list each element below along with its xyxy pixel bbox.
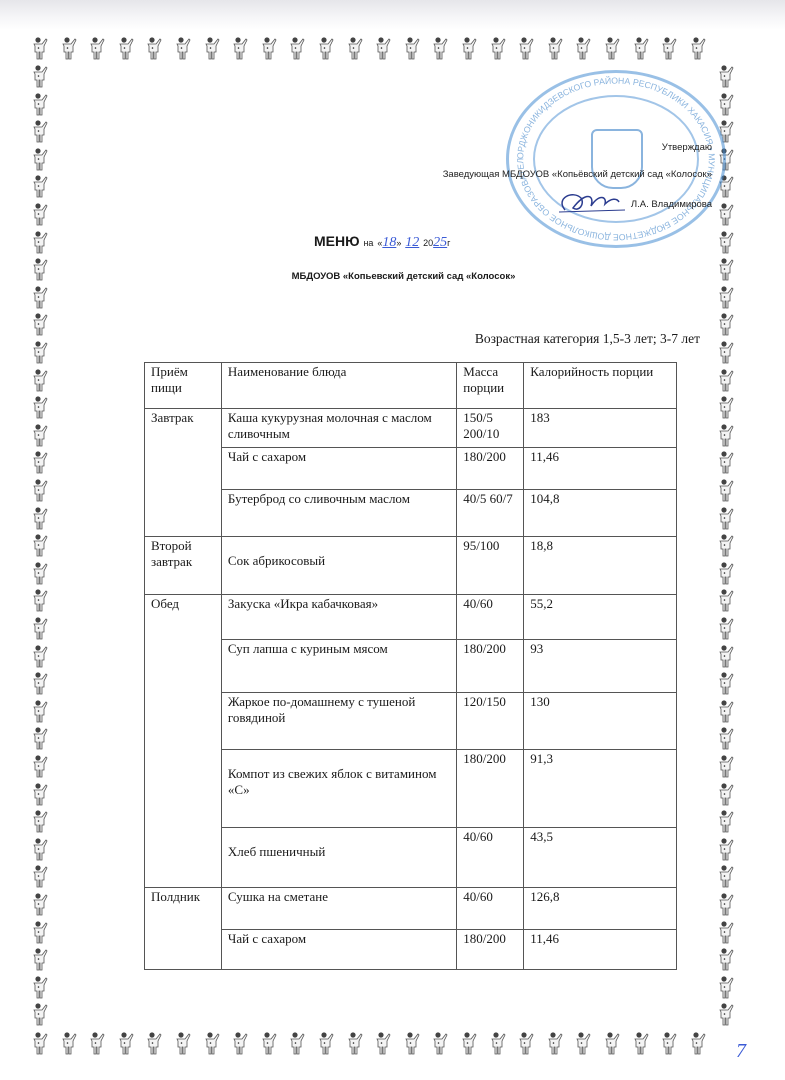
border-figure-icon bbox=[202, 36, 220, 60]
border-figure-icon bbox=[716, 285, 734, 309]
signature-icon bbox=[555, 188, 635, 216]
portion-mass-cell: 150/5 200/10 bbox=[457, 409, 524, 448]
border-figure-icon bbox=[545, 36, 563, 60]
border-figure-icon bbox=[459, 1031, 477, 1055]
calories-cell: 11,46 bbox=[524, 448, 677, 490]
portion-mass-cell: 180/200 bbox=[457, 930, 524, 970]
svg-text:ОРДЖОНИКИДЗЕВСКОГО РАЙОНА РЕСП: ОРДЖОНИКИДЗЕВСКОГО РАЙОНА РЕСПУБЛИКИ ХАК… bbox=[509, 73, 717, 242]
border-figure-icon bbox=[30, 726, 48, 750]
border-figure-icon bbox=[631, 36, 649, 60]
portion-mass-cell: 40/60 bbox=[457, 595, 524, 640]
date-month: 12 bbox=[405, 235, 419, 250]
dish-name-cell: Суп лапша с куриным мясом bbox=[221, 640, 456, 693]
border-figure-icon bbox=[259, 36, 277, 60]
border-figure-icon bbox=[173, 36, 191, 60]
calories-cell: 18,8 bbox=[524, 537, 677, 595]
dish-name-cell: Компот из свежих яблок с витамином «С» bbox=[221, 750, 456, 828]
date-year-suffix: 25 bbox=[433, 235, 447, 250]
meal-cell: Завтрак bbox=[145, 409, 222, 537]
page-number: 7 bbox=[736, 1040, 746, 1063]
border-figure-icon bbox=[716, 588, 734, 612]
border-figure-icon bbox=[402, 1031, 420, 1055]
border-figure-icon bbox=[716, 395, 734, 419]
border-figure-icon bbox=[30, 147, 48, 171]
calories-cell: 55,2 bbox=[524, 595, 677, 640]
border-figure-icon bbox=[430, 36, 448, 60]
border-figure-icon bbox=[716, 340, 734, 364]
portion-mass-cell: 40/60 bbox=[457, 888, 524, 930]
border-figure-icon bbox=[30, 423, 48, 447]
portion-mass-cell: 180/200 bbox=[457, 640, 524, 693]
date-year-unit: г bbox=[447, 238, 450, 248]
column-header-meal: Приём пищи bbox=[145, 363, 222, 409]
border-figure-icon bbox=[144, 1031, 162, 1055]
calories-cell: 91,3 bbox=[524, 750, 677, 828]
border-figure-icon bbox=[30, 920, 48, 944]
border-figure-icon bbox=[716, 506, 734, 530]
meal-cell: Второй завтрак bbox=[145, 537, 222, 595]
border-figure-icon bbox=[144, 36, 162, 60]
border-figure-icon bbox=[30, 230, 48, 254]
menu-na: на bbox=[363, 238, 373, 248]
border-figure-icon bbox=[316, 36, 334, 60]
border-figure-icon bbox=[59, 1031, 77, 1055]
border-figure-icon bbox=[230, 36, 248, 60]
border-figure-icon bbox=[659, 1031, 677, 1055]
border-figure-icon bbox=[659, 36, 677, 60]
border-figure-icon bbox=[116, 1031, 134, 1055]
border-figure-icon bbox=[230, 1031, 248, 1055]
column-header-mass: Масса порции bbox=[457, 363, 524, 409]
portion-mass-cell: 40/5 60/7 bbox=[457, 490, 524, 537]
border-figure-icon bbox=[516, 36, 534, 60]
border-figure-icon bbox=[30, 450, 48, 474]
dish-name-cell: Хлеб пшеничный bbox=[221, 828, 456, 888]
approver-position: Заведующая МБДОУОВ «Копьёвский детский с… bbox=[443, 169, 712, 180]
table-row: Второй завтракСок абрикосовый95/10018,8 bbox=[145, 537, 677, 595]
dish-name-cell: Сок абрикосовый bbox=[221, 537, 456, 595]
border-figure-icon bbox=[30, 368, 48, 392]
calories-cell: 104,8 bbox=[524, 490, 677, 537]
border-figure-icon bbox=[345, 1031, 363, 1055]
border-figure-icon bbox=[716, 699, 734, 723]
border-figure-icon bbox=[716, 864, 734, 888]
border-figure-icon bbox=[430, 1031, 448, 1055]
border-figure-icon bbox=[30, 561, 48, 585]
border-figure-icon bbox=[573, 36, 591, 60]
border-figure-icon bbox=[316, 1031, 334, 1055]
border-figure-icon bbox=[716, 312, 734, 336]
border-figure-icon bbox=[30, 588, 48, 612]
approve-label: Утверждаю bbox=[662, 142, 712, 153]
table-row: Суп лапша с куриным мясом180/20093 bbox=[145, 640, 677, 693]
border-figure-icon bbox=[30, 533, 48, 557]
scan-shadow bbox=[0, 0, 785, 30]
border-figure-icon bbox=[716, 726, 734, 750]
border-figure-icon bbox=[59, 36, 77, 60]
calories-cell: 130 bbox=[524, 693, 677, 750]
border-figure-icon bbox=[287, 1031, 305, 1055]
stamp-text: ОРДЖОНИКИДЗЕВСКОГО РАЙОНА РЕСПУБЛИКИ ХАК… bbox=[509, 73, 717, 242]
border-figure-icon bbox=[30, 975, 48, 999]
portion-mass-cell: 95/100 bbox=[457, 537, 524, 595]
table-row: ЗавтракКаша кукурузная молочная с маслом… bbox=[145, 409, 677, 448]
border-figure-icon bbox=[30, 506, 48, 530]
table-row: ОбедЗакуска «Икра кабачковая»40/6055,2 bbox=[145, 595, 677, 640]
border-figure-icon bbox=[87, 36, 105, 60]
border-figure-icon bbox=[516, 1031, 534, 1055]
dish-name-cell: Чай с сахаром bbox=[221, 930, 456, 970]
border-figure-icon bbox=[30, 616, 48, 640]
border-figure-icon bbox=[716, 754, 734, 778]
border-figure-icon bbox=[716, 478, 734, 502]
dish-name-cell: Каша кукурузная молочная с маслом сливоч… bbox=[221, 409, 456, 448]
border-figure-icon bbox=[602, 36, 620, 60]
calories-cell: 126,8 bbox=[524, 888, 677, 930]
border-figure-icon bbox=[488, 1031, 506, 1055]
organization-name: МБДОУОВ «Копьевский детский сад «Колосок… bbox=[0, 271, 785, 282]
border-figure-icon bbox=[30, 809, 48, 833]
border-figure-icon bbox=[30, 671, 48, 695]
border-figure-icon bbox=[30, 699, 48, 723]
calories-cell: 93 bbox=[524, 640, 677, 693]
portion-mass-cell: 120/150 bbox=[457, 693, 524, 750]
table-row: Компот из свежих яблок с витамином «С»18… bbox=[145, 750, 677, 828]
border-figure-icon bbox=[716, 450, 734, 474]
border-figure-icon bbox=[202, 1031, 220, 1055]
border-figure-icon bbox=[716, 782, 734, 806]
border-figure-icon bbox=[716, 837, 734, 861]
table-row: Бутерброд со сливочным маслом40/5 60/710… bbox=[145, 490, 677, 537]
portion-mass-cell: 40/60 bbox=[457, 828, 524, 888]
border-figure-icon bbox=[716, 671, 734, 695]
border-figure-icon bbox=[30, 202, 48, 226]
border-figure-icon bbox=[30, 92, 48, 116]
border-figure-icon bbox=[30, 36, 48, 60]
border-figure-icon bbox=[716, 947, 734, 971]
dish-name-cell: Сушка на сметане bbox=[221, 888, 456, 930]
border-figure-icon bbox=[345, 36, 363, 60]
page-title: МЕНЮ на «18» 12 2025г bbox=[314, 233, 450, 251]
border-figure-icon bbox=[30, 340, 48, 364]
official-stamp: ОРДЖОНИКИДЗЕВСКОГО РАЙОНА РЕСПУБЛИКИ ХАК… bbox=[506, 70, 726, 248]
border-figure-icon bbox=[30, 174, 48, 198]
border-figure-icon bbox=[573, 1031, 591, 1055]
border-figure-icon bbox=[30, 754, 48, 778]
border-figure-icon bbox=[716, 644, 734, 668]
dish-name-cell: Закуска «Икра кабачковая» bbox=[221, 595, 456, 640]
border-figure-icon bbox=[716, 616, 734, 640]
border-figure-icon bbox=[30, 478, 48, 502]
stamp-ring-text: ОРДЖОНИКИДЗЕВСКОГО РАЙОНА РЕСПУБЛИКИ ХАК… bbox=[509, 73, 723, 245]
border-figure-icon bbox=[373, 36, 391, 60]
border-figure-icon bbox=[688, 36, 706, 60]
border-figure-icon bbox=[716, 533, 734, 557]
border-figure-icon bbox=[173, 1031, 191, 1055]
border-figure-icon bbox=[30, 1002, 48, 1026]
border-figure-icon bbox=[716, 1002, 734, 1026]
border-figure-icon bbox=[30, 837, 48, 861]
border-figure-icon bbox=[30, 947, 48, 971]
date-year-prefix: 20 bbox=[423, 238, 433, 248]
border-figure-icon bbox=[459, 36, 477, 60]
portion-mass-cell: 180/200 bbox=[457, 750, 524, 828]
portion-mass-cell: 180/200 bbox=[457, 448, 524, 490]
border-figure-icon bbox=[716, 423, 734, 447]
border-figure-icon bbox=[116, 36, 134, 60]
border-figure-icon bbox=[716, 975, 734, 999]
border-figure-icon bbox=[30, 782, 48, 806]
border-figure-icon bbox=[373, 1031, 391, 1055]
column-header-dish: Наименование блюда bbox=[221, 363, 456, 409]
table-header-row: Приём пищи Наименование блюда Масса порц… bbox=[145, 363, 677, 409]
border-figure-icon bbox=[30, 285, 48, 309]
border-figure-icon bbox=[30, 864, 48, 888]
border-figure-icon bbox=[545, 1031, 563, 1055]
border-figure-icon bbox=[30, 395, 48, 419]
meal-cell: Полдник bbox=[145, 888, 222, 970]
table-row: Чай с сахаром180/20011,46 bbox=[145, 448, 677, 490]
border-figure-icon bbox=[716, 809, 734, 833]
border-figure-icon bbox=[259, 1031, 277, 1055]
age-category: Возрастная категория 1,5-3 лет; 3-7 лет bbox=[475, 331, 700, 347]
meal-cell: Обед bbox=[145, 595, 222, 888]
dish-name-cell: Бутерброд со сливочным маслом bbox=[221, 490, 456, 537]
table-row: Чай с сахаром180/20011,46 bbox=[145, 930, 677, 970]
date-day: 18 bbox=[382, 235, 396, 250]
dish-name-cell: Жаркое по-домашнему с тушеной говядиной bbox=[221, 693, 456, 750]
calories-cell: 43,5 bbox=[524, 828, 677, 888]
border-figure-icon bbox=[716, 368, 734, 392]
table-row: Жаркое по-домашнему с тушеной говядиной1… bbox=[145, 693, 677, 750]
border-figure-icon bbox=[30, 312, 48, 336]
border-figure-icon bbox=[716, 920, 734, 944]
border-figure-icon bbox=[716, 561, 734, 585]
border-figure-icon bbox=[30, 644, 48, 668]
border-figure-icon bbox=[602, 1031, 620, 1055]
border-figure-icon bbox=[30, 1031, 48, 1055]
calories-cell: 11,46 bbox=[524, 930, 677, 970]
border-figure-icon bbox=[688, 1031, 706, 1055]
border-figure-icon bbox=[30, 119, 48, 143]
table-row: ПолдникСушка на сметане40/60126,8 bbox=[145, 888, 677, 930]
border-figure-icon bbox=[87, 1031, 105, 1055]
menu-table: Приём пищи Наименование блюда Масса порц… bbox=[144, 362, 677, 970]
border-figure-icon bbox=[30, 64, 48, 88]
menu-label: МЕНЮ bbox=[314, 233, 360, 249]
dish-name-cell: Чай с сахаром bbox=[221, 448, 456, 490]
column-header-calories: Калорийность порции bbox=[524, 363, 677, 409]
calories-cell: 183 bbox=[524, 409, 677, 448]
border-figure-icon bbox=[488, 36, 506, 60]
table-row: Хлеб пшеничный40/6043,5 bbox=[145, 828, 677, 888]
border-figure-icon bbox=[287, 36, 305, 60]
border-figure-icon bbox=[631, 1031, 649, 1055]
signatory-name: Л.А. Владимирова bbox=[631, 199, 712, 210]
border-figure-icon bbox=[402, 36, 420, 60]
border-figure-icon bbox=[30, 892, 48, 916]
border-figure-icon bbox=[716, 892, 734, 916]
